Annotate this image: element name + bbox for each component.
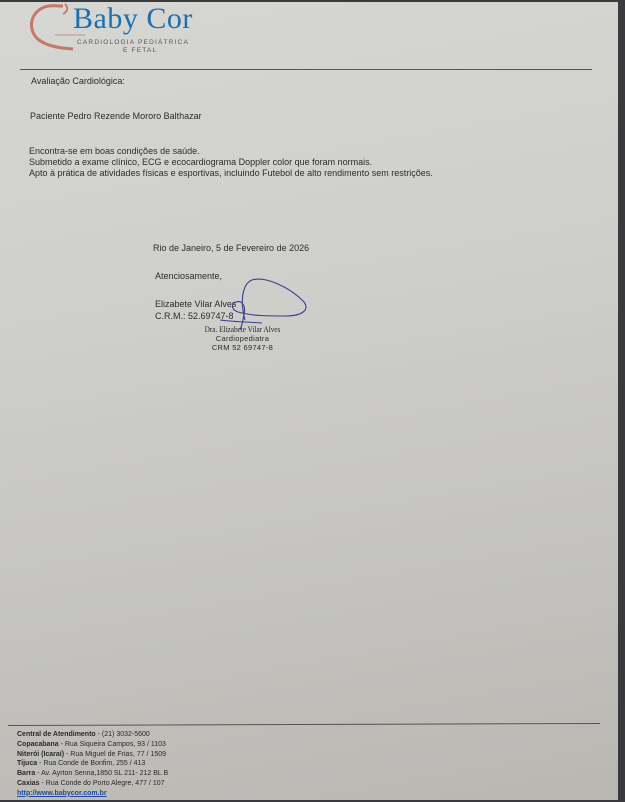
brand-subtitle: CARDIOLOGIA PEDIÁTRICA [77, 39, 189, 46]
signature-scribble [190, 272, 320, 332]
footer-divider [8, 723, 600, 726]
footer-line: Barra - Av. Ayrton Senna,1850 SL 211- 21… [17, 769, 168, 779]
footer-value: - Rua Siqueira Campos, 93 / 1103 [59, 741, 166, 748]
place-date: Rio de Janeiro, 5 de Fevereiro de 2026 [153, 242, 309, 254]
brand-subtitle-2: E FETAL [123, 47, 157, 54]
brand-name: Baby Cor [73, 2, 193, 36]
footer-label: Tijuca [17, 760, 37, 767]
footer-value: - (21) 3032-5600 [96, 731, 150, 738]
patient-line: Paciente Pedro Rezende Mororo Balthazar [30, 110, 202, 122]
footer-value: - Rua Conde de Bonfim, 255 / 413 [37, 760, 145, 767]
website-link[interactable]: http://www.babycor.com.br [17, 790, 107, 797]
footer-value: - Av. Ayrton Senna,1850 SL 211- 212 BL B [35, 770, 168, 777]
footer-line: Caxias - Rua Conde do Porto Alegre, 477 … [17, 779, 168, 789]
footer-line: Copacabana - Rua Siqueira Campos, 93 / 1… [17, 740, 168, 750]
stamp-crm: CRM 52 69747-8 [195, 343, 290, 352]
stamp-specialty: Cardiopediatra [195, 334, 290, 343]
footer-value: - Rua Conde do Porto Alegre, 477 / 107 [40, 780, 165, 787]
footer-label: Barra [17, 770, 35, 777]
header-divider [20, 69, 592, 70]
document-page: Baby Cor CARDIOLOGIA PEDIÁTRICA E FETAL … [0, 2, 618, 800]
footer-line: Tijuca - Rua Conde de Bonfim, 255 / 413 [17, 759, 168, 769]
babycor-logo: Baby Cor CARDIOLOGIA PEDIÁTRICA E FETAL [25, 2, 225, 56]
footer-contacts: Central de Atendimento - (21) 3032-5600 … [17, 730, 168, 799]
footer-line: Central de Atendimento - (21) 3032-5600 [17, 730, 168, 740]
footer-label: Central de Atendimento [17, 731, 96, 738]
footer-value: - Rua Miguel de Frias, 77 / 1509 [64, 751, 166, 758]
footer-label: Niterói (Icaraí) [17, 751, 64, 758]
footer-line: Niterói (Icaraí) - Rua Miguel de Frias, … [17, 750, 168, 760]
paragraph-line-3: Apto à prática de atividades físicas e e… [29, 167, 433, 179]
footer-label: Caxias [17, 780, 40, 787]
footer-label: Copacabana [17, 741, 59, 748]
section-title: Avaliação Cardiológica: [31, 75, 125, 87]
